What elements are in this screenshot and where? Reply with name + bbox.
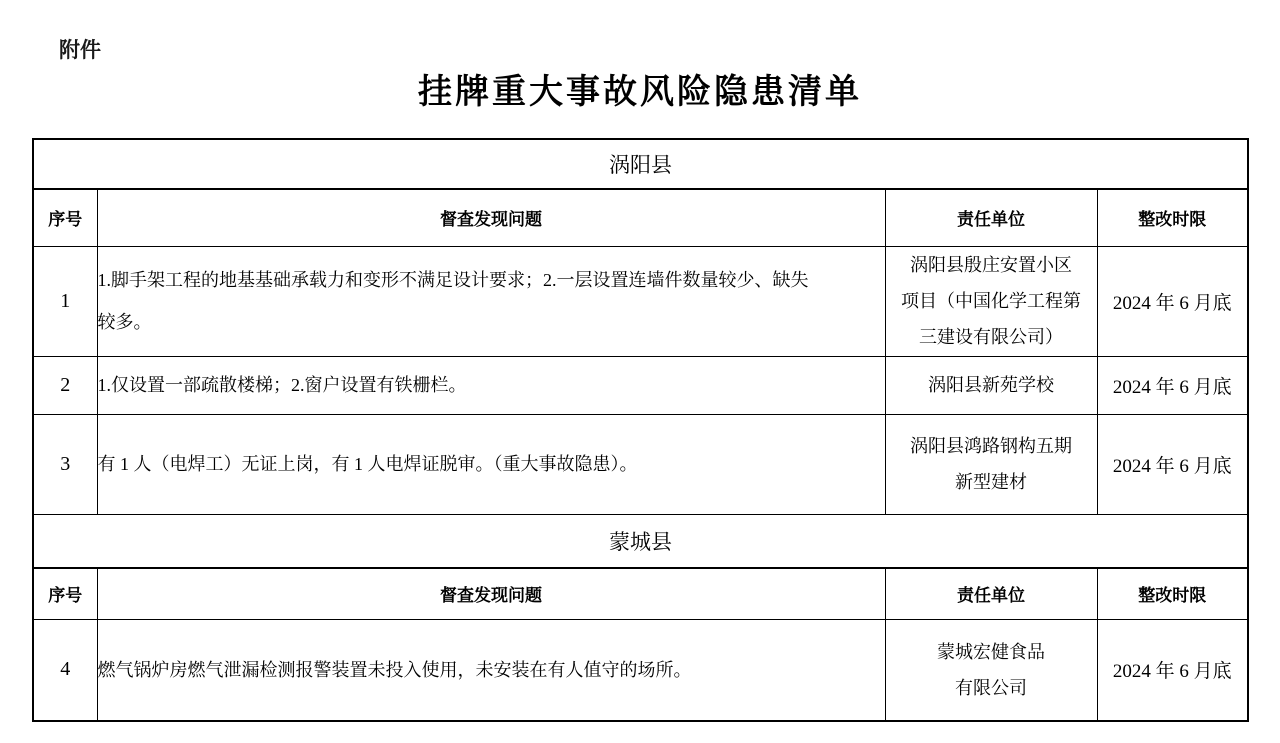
problem-cell: 1.脚手架工程的地基基础承载力和变形不满足设计要求；2.一层设置连墙件数量较少、… [97,246,885,356]
column-header-row: 序号 督查发现问题 责任单位 整改时限 [33,189,1248,246]
row-number: 3 [33,414,97,514]
unit-cell: 涡阳县新苑学校 [885,356,1097,414]
unit-line: 三建设有限公司） [886,319,1097,355]
problem-line: 1.脚手架工程的地基基础承载力和变形不满足设计要求；2.一层设置连墙件数量较少、… [98,259,885,301]
deadline-cell: 2024 年 6 月底 [1097,619,1248,721]
table-row: 1 1.脚手架工程的地基基础承载力和变形不满足设计要求；2.一层设置连墙件数量较… [33,246,1248,356]
column-header-unit: 责任单位 [885,568,1097,619]
unit-line: 项目（中国化学工程第 [886,283,1097,319]
problem-cell: 燃气锅炉房燃气泄漏检测报警装置未投入使用，未安装在有人值守的场所。 [97,619,885,721]
unit-line: 新型建材 [886,464,1097,500]
hazard-table: 涡阳县 序号 督查发现问题 责任单位 整改时限 1 1.脚手架工程的地基基础承载… [32,138,1249,722]
column-header-problem: 督查发现问题 [97,189,885,246]
problem-cell: 1.仅设置一部疏散楼梯；2.窗户设置有铁栅栏。 [97,356,885,414]
table-row: 3 有 1 人（电焊工）无证上岗，有 1 人电焊证脱审。（重大事故隐患）。 涡阳… [33,414,1248,514]
unit-cell: 涡阳县殷庄安置小区 项目（中国化学工程第 三建设有限公司） [885,246,1097,356]
column-header-row: 序号 督查发现问题 责任单位 整改时限 [33,568,1248,619]
column-header-unit: 责任单位 [885,189,1097,246]
problem-line: 有 1 人（电焊工）无证上岗，有 1 人电焊证脱审。（重大事故隐患）。 [98,443,885,485]
unit-line: 涡阳县新苑学校 [886,367,1097,403]
row-number: 2 [33,356,97,414]
deadline-cell: 2024 年 6 月底 [1097,414,1248,514]
attachment-label: 附件 [59,34,101,64]
deadline-cell: 2024 年 6 月底 [1097,356,1248,414]
problem-line: 较多。 [98,301,885,343]
unit-line: 涡阳县殷庄安置小区 [886,247,1097,283]
column-header-problem: 督查发现问题 [97,568,885,619]
unit-line: 蒙城宏健食品 [886,634,1097,670]
section-title-mengcheng: 蒙城县 [33,514,1248,568]
unit-cell: 蒙城宏健食品 有限公司 [885,619,1097,721]
row-number: 1 [33,246,97,356]
problem-line: 1.仅设置一部疏散楼梯；2.窗户设置有铁栅栏。 [98,364,885,406]
column-header-no: 序号 [33,189,97,246]
page-title: 挂牌重大事故风险隐患清单 [0,64,1280,113]
table-row: 4 燃气锅炉房燃气泄漏检测报警装置未投入使用，未安装在有人值守的场所。 蒙城宏健… [33,619,1248,721]
deadline-cell: 2024 年 6 月底 [1097,246,1248,356]
problem-line: 燃气锅炉房燃气泄漏检测报警装置未投入使用，未安装在有人值守的场所。 [98,649,885,691]
problem-cell: 有 1 人（电焊工）无证上岗，有 1 人电焊证脱审。（重大事故隐患）。 [97,414,885,514]
unit-line: 有限公司 [886,670,1097,706]
section-header-row: 蒙城县 [33,514,1248,568]
unit-line: 涡阳县鸿路钢构五期 [886,428,1097,464]
unit-cell: 涡阳县鸿路钢构五期 新型建材 [885,414,1097,514]
section-header-row: 涡阳县 [33,139,1248,189]
column-header-no: 序号 [33,568,97,619]
column-header-deadline: 整改时限 [1097,568,1248,619]
document-page: 附件 挂牌重大事故风险隐患清单 涡阳县 序号 督查发现问题 责任单位 整改时限 … [0,0,1280,743]
row-number: 4 [33,619,97,721]
column-header-deadline: 整改时限 [1097,189,1248,246]
section-title-guoyang: 涡阳县 [33,139,1248,189]
table-row: 2 1.仅设置一部疏散楼梯；2.窗户设置有铁栅栏。 涡阳县新苑学校 2024 年… [33,356,1248,414]
